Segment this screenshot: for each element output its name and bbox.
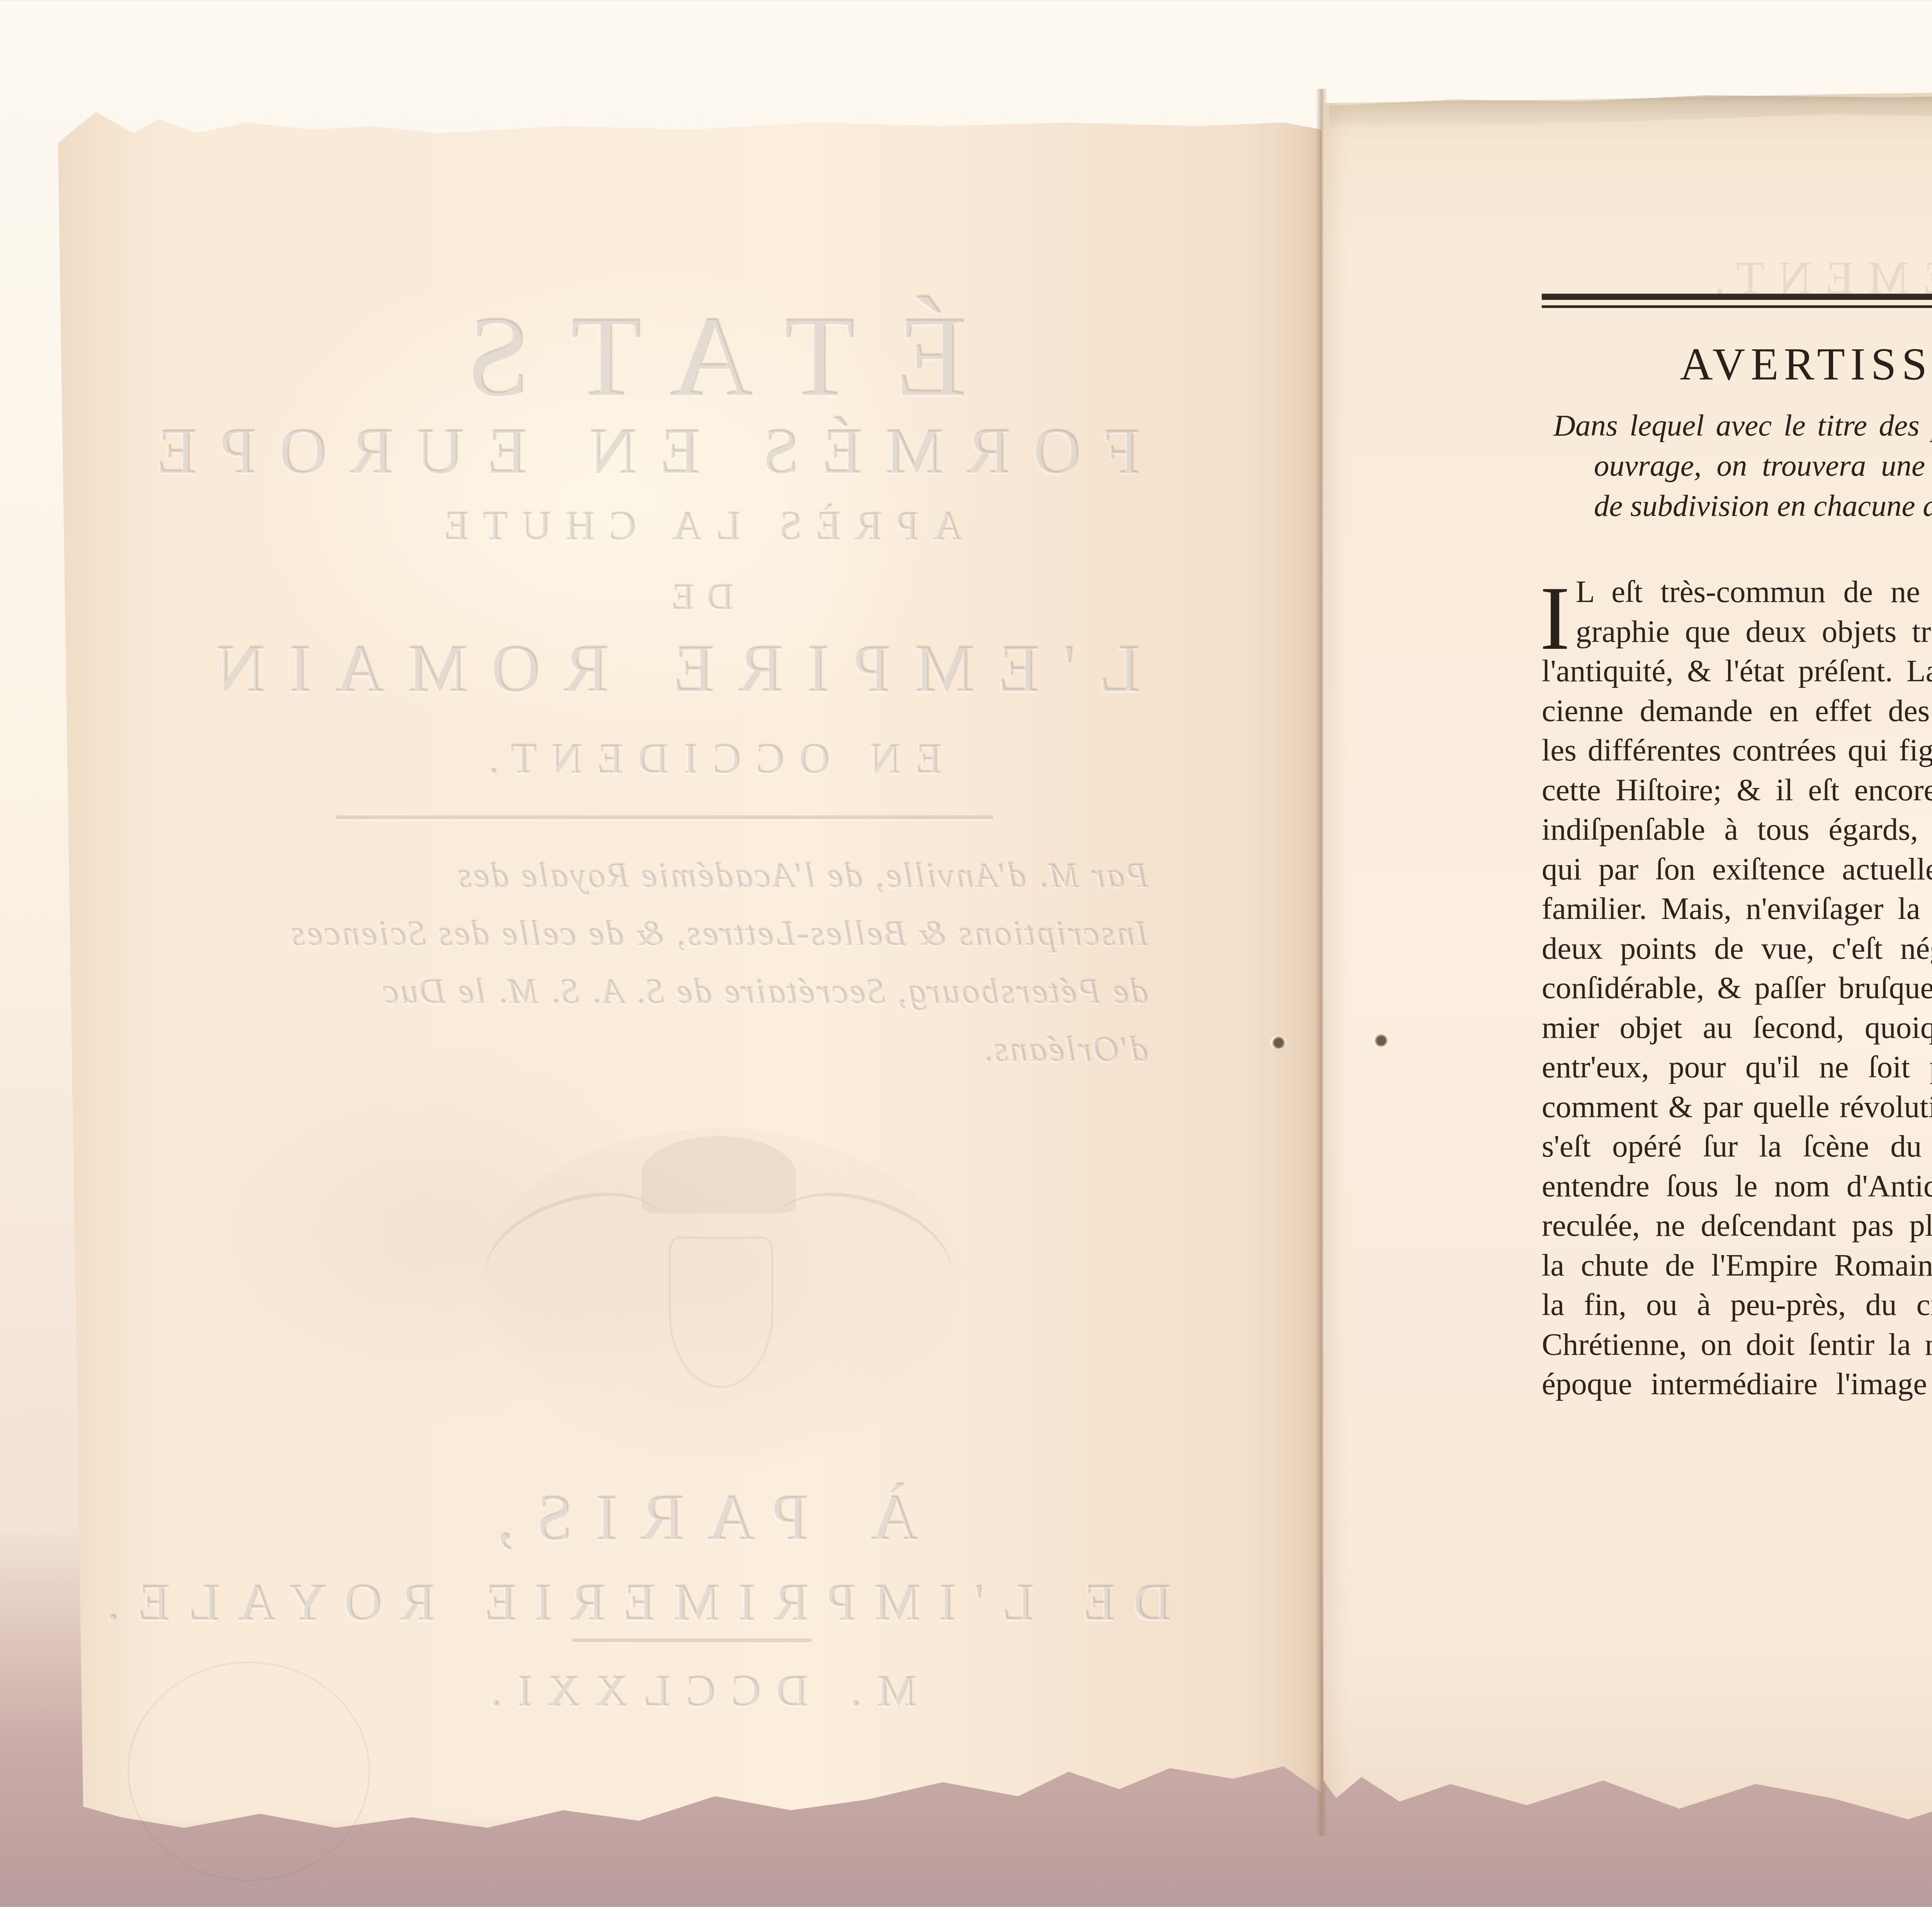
body-line: époque intermédiaire l'image de l'état d…	[1542, 1364, 1932, 1404]
ornament-impression-icon	[468, 1128, 970, 1476]
body-line: indiſpenſable à tous égards, de vouloir …	[1542, 810, 1932, 849]
impression-rule-upper	[336, 815, 993, 819]
body-line: mier objet au ſecond, quoiqu'avec trop d…	[1542, 1008, 1932, 1048]
crown-icon	[641, 1136, 796, 1213]
impression-place: À PARIS,	[464, 1480, 927, 1555]
impression-rule-lower	[572, 1638, 811, 1642]
impression-title: ÉTATS	[367, 290, 1024, 423]
library-stamp-ring	[128, 1662, 370, 1881]
body-line: la fin, ou à peu-près, du cinquième ſièc…	[1542, 1285, 1932, 1325]
head-rule-thick	[1542, 294, 1932, 300]
impression-line-apres: APRÈS LA CHUTE	[348, 502, 1043, 549]
body-line: Chrétienne, on doit ſentir la néceſſité …	[1542, 1325, 1932, 1364]
body-line: deux points de vue, c'eſt négliger un in…	[1542, 929, 1932, 968]
sewing-hole-left	[1269, 1036, 1286, 1049]
body-text: L eſt très-commun de ne voir conſidérer …	[1542, 572, 1932, 1404]
body-line: conſidérable, & paſſer bruſquement ſans …	[1542, 968, 1932, 1008]
impression-author: Par M. d'Anville, de l'Académie Royale d…	[259, 846, 1148, 1078]
left-page: ÉTATS FORMÉS EN EUROPE APRÈS LA CHUTE DE…	[58, 73, 1321, 1828]
body-line: graphie que deux objets très-écartés l'u…	[1542, 612, 1932, 652]
impression-line-de: DE	[541, 576, 850, 618]
body-line: cette Hiſtoire; & il eſt encore plus nat…	[1542, 770, 1932, 810]
body-line: les différentes contrées qui figurent pl…	[1542, 730, 1932, 770]
body-line: reculée, ne deſcendant pas plus tard que…	[1542, 1206, 1932, 1245]
body-line: cienne demande en effet des notions part…	[1542, 691, 1932, 731]
body-line: L eſt très-commun de ne voir conſidérer …	[1542, 572, 1932, 612]
body-line: s'eſt opéré ſur la ſcène du Monde. Ce qu…	[1542, 1126, 1932, 1166]
impression-line-empire: L'EMPIRE ROMAIN	[251, 630, 1140, 708]
body-line: entendre ſous le nom d'Antiquité, & même…	[1542, 1166, 1932, 1206]
impression-printer: DE L'IMPRIMERIE ROYALE.	[205, 1573, 1171, 1633]
section-heading: AVERTISSEMENT	[1542, 338, 1932, 391]
book-spread: ÉTATS FORMÉS EN EUROPE APRÈS LA CHUTE DE…	[0, 0, 1932, 1907]
subtitle-line: de subdivision en chacune de ces parties…	[1553, 486, 1932, 526]
impression-date: M. DCCLXXI.	[444, 1665, 947, 1716]
body-line: l'antiquité, & l'état préſent. La lectur…	[1542, 651, 1932, 691]
body-line: familier. Mais, n'enviſager la Géographi…	[1542, 889, 1932, 929]
body-line: entr'eux, pour qu'il ne ſoit pas importa…	[1542, 1047, 1932, 1087]
body-line: qui par ſon exiſtence actuelle doit nous…	[1542, 849, 1932, 889]
subtitle-line: Dans lequel avec le titre des parties qu…	[1553, 406, 1932, 446]
impression-line-occident: EN OCCIDENT.	[359, 734, 1055, 783]
subtitle-line: ouvrage, on trouvera une énumération des…	[1553, 446, 1932, 486]
body-line: comment & par quelle révolution, un pare…	[1542, 1087, 1932, 1127]
shield-icon	[668, 1237, 774, 1388]
impression-line-formes: FORMÉS EN EUROPE	[251, 413, 1140, 489]
head-rule-thin	[1542, 305, 1932, 308]
body-line: la chute de l'Empire Romain en occident,…	[1542, 1245, 1932, 1285]
section-subtitle: Dans lequel avec le titre des parties qu…	[1553, 406, 1932, 526]
